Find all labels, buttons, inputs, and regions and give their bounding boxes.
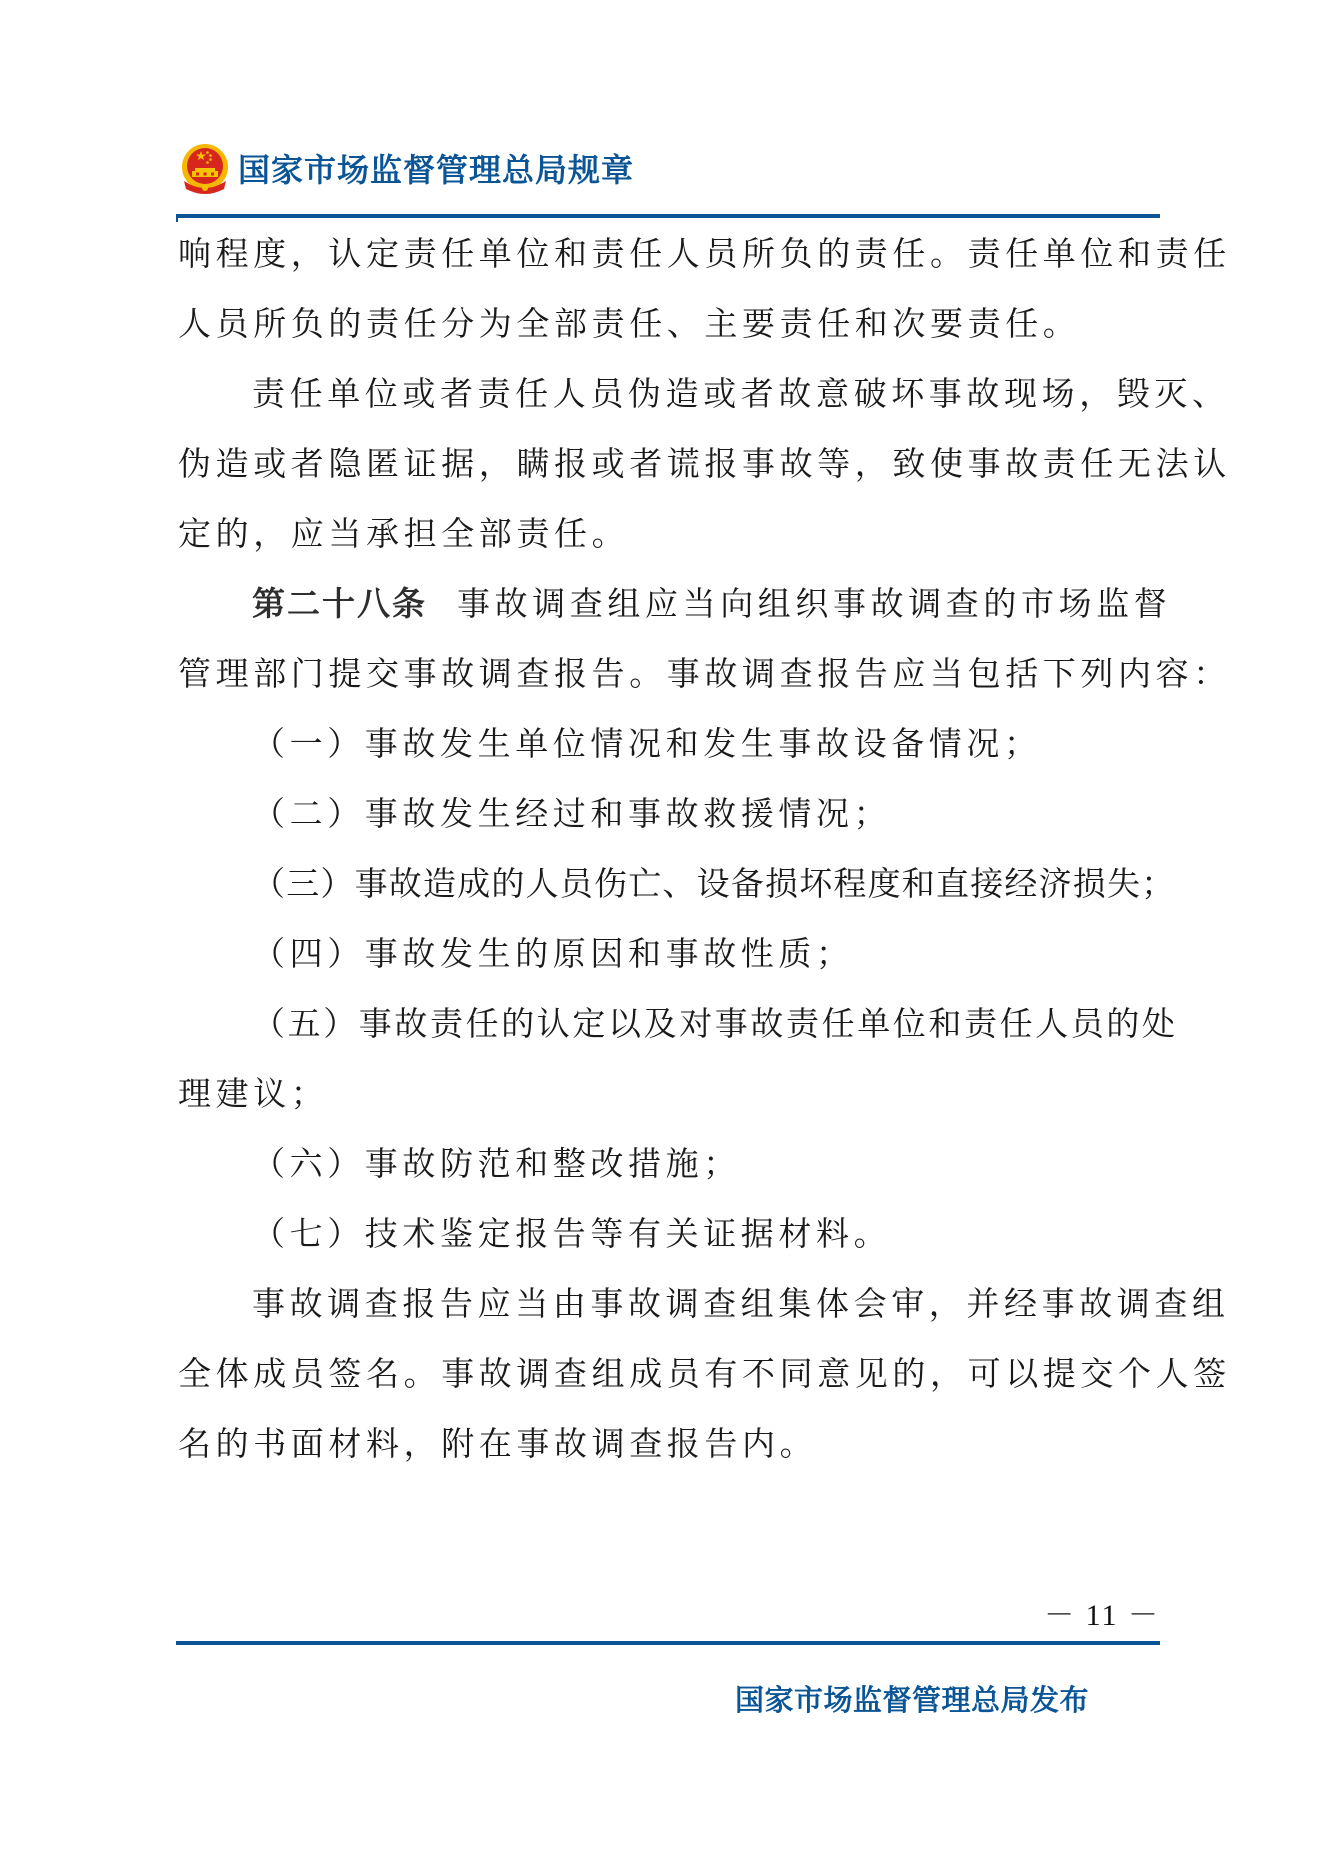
article-heading: 第二十八条 (252, 584, 427, 623)
line-text: 名的书面材料，附在事故调查报告内。 (178, 1424, 817, 1463)
page-header: 国家市场监督管理总局规章 (180, 142, 634, 198)
line-text: （七）技术鉴定报告等有关证据材料。 (252, 1214, 891, 1253)
document-body: 响程度，认定责任单位和责任人员所负的责任。责任单位和责任 人员所负的责任分为全部… (178, 224, 1168, 1484)
line-text: （一）事故发生单位情况和发生事故设备情况； (252, 724, 1042, 763)
header-divider (176, 214, 1160, 218)
page-number: － 11 － (1044, 1590, 1160, 1634)
list-item: （四）事故发生的原因和事故性质； (178, 924, 1168, 994)
line-text: （三）事故造成的人员伤亡、设备损坏程度和直接经济损失； (252, 864, 1175, 903)
footer-title: 国家市场监督管理总局发布 (735, 1678, 1089, 1719)
list-item: （三）事故造成的人员伤亡、设备损坏程度和直接经济损失； (178, 854, 1168, 924)
header-title: 国家市场监督管理总局规章 (238, 150, 634, 190)
list-item: （一）事故发生单位情况和发生事故设备情况； (178, 714, 1168, 784)
line-text: 全体成员签名。事故调查组成员有不同意见的，可以提交个人签 (178, 1354, 1231, 1393)
body-line: 责任单位或者责任人员伪造或者故意破坏事故现场，毁灭、 (178, 364, 1168, 434)
list-item-continuation: 理建议； (178, 1064, 1168, 1134)
line-text: 事故调查组应当向组织事故调查的市场监督 (457, 584, 1171, 623)
body-line: 响程度，认定责任单位和责任人员所负的责任。责任单位和责任 (178, 224, 1168, 294)
line-text: 理建议； (178, 1074, 328, 1113)
body-line: 事故调查报告应当由事故调查组集体会审，并经事故调查组 (178, 1274, 1168, 1344)
body-line: 伪造或者隐匿证据，瞒报或者谎报事故等，致使事故责任无法认 (178, 434, 1168, 504)
line-text: 人员所负的责任分为全部责任、主要责任和次要责任。 (178, 304, 1080, 343)
list-item: （七）技术鉴定报告等有关证据材料。 (178, 1204, 1168, 1274)
article-28-line: 第二十八条事故调查组应当向组织事故调查的市场监督 (178, 574, 1168, 644)
list-item: （五）事故责任的认定以及对事故责任单位和责任人员的处 (178, 994, 1168, 1064)
line-text: 伪造或者隐匿证据，瞒报或者谎报事故等，致使事故责任无法认 (178, 444, 1231, 483)
line-text: （六）事故防范和整改措施； (252, 1144, 741, 1183)
line-text: 责任单位或者责任人员伪造或者故意破坏事故现场，毁灭、 (252, 374, 1230, 413)
body-line: 人员所负的责任分为全部责任、主要责任和次要责任。 (178, 294, 1168, 364)
body-line: 定的，应当承担全部责任。 (178, 504, 1168, 574)
list-item: （六）事故防范和整改措施； (178, 1134, 1168, 1204)
line-text: 响程度，认定责任单位和责任人员所负的责任。责任单位和责任 (178, 234, 1231, 273)
list-item: （二）事故发生经过和事故救援情况； (178, 784, 1168, 854)
line-text: 管理部门提交事故调查报告。事故调查报告应当包括下列内容： (178, 654, 1231, 693)
body-line: 名的书面材料，附在事故调查报告内。 (178, 1414, 1168, 1484)
line-text: （二）事故发生经过和事故救援情况； (252, 794, 891, 833)
body-line: 全体成员签名。事故调查组成员有不同意见的，可以提交个人签 (178, 1344, 1168, 1414)
line-text: （四）事故发生的原因和事故性质； (252, 934, 854, 973)
line-text: 事故调查报告应当由事故调查组集体会审，并经事故调查组 (252, 1284, 1230, 1323)
national-emblem-icon (180, 143, 230, 197)
body-line: 管理部门提交事故调查报告。事故调查报告应当包括下列内容： (178, 644, 1168, 714)
footer-divider (176, 1641, 1160, 1645)
line-text: （五）事故责任的认定以及对事故责任单位和责任人员的处 (252, 1004, 1178, 1043)
line-text: 定的，应当承担全部责任。 (178, 514, 629, 553)
